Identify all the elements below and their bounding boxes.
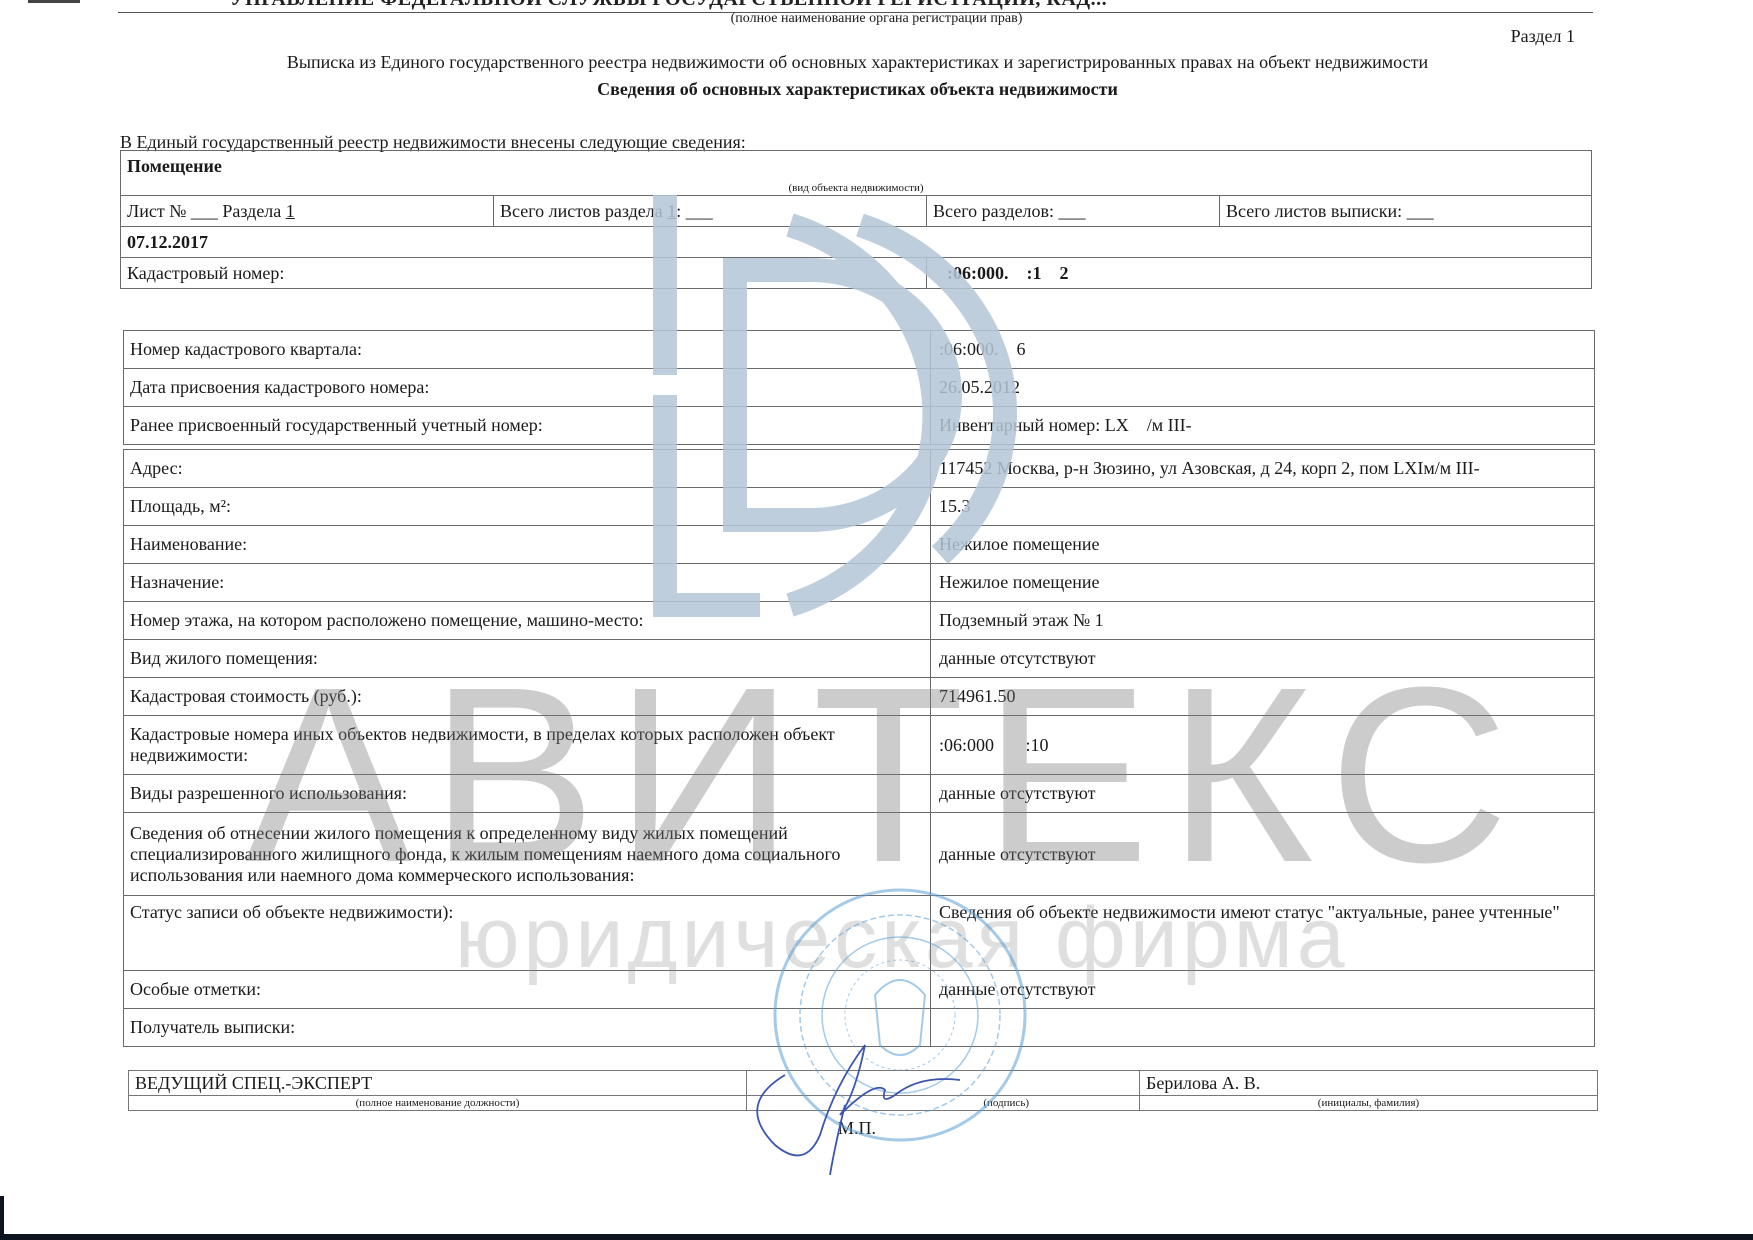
row-label: Виды разрешенного использования: — [124, 775, 931, 813]
table-row: Вид жилого помещения:данные отсутствуют — [124, 640, 1595, 678]
total-sections: Всего разделов: ___ — [927, 196, 1220, 227]
row-label: Площадь, м²: — [124, 488, 931, 526]
table-row: Ранее присвоенный государственный учетны… — [124, 407, 1595, 445]
total-sheets-section-suffix: : ___ — [676, 201, 713, 221]
row-label: Наименование: — [124, 526, 931, 564]
row-label: Вид жилого помещения: — [124, 640, 931, 678]
sheet-label: Лист № ___ Раздела — [127, 201, 281, 221]
table-row: Виды разрешенного использования:данные о… — [124, 775, 1595, 813]
total-extract-sheets: Всего листов выписки: ___ — [1220, 196, 1592, 227]
row-value: Сведения об объекте недвижимости имеют с… — [931, 896, 1595, 971]
table-row: Особые отметки:данные отсутствуют — [124, 971, 1595, 1009]
row-value: :06:000. 6 — [931, 331, 1595, 369]
table-row: Получатель выписки: — [124, 1009, 1595, 1047]
table-row: Номер кадастрового квартала::06:000. 6 — [124, 331, 1595, 369]
row-label: Адрес: — [124, 450, 931, 488]
row-value: 15.3 — [931, 488, 1595, 526]
agency-name: УПРАВЛЕНИЕ ФЕДЕРАЛЬНОЙ СЛУЖБЫ ГОСУДАРСТВ… — [230, 0, 1130, 11]
signature-cell — [747, 1071, 1140, 1096]
signer-name: Берилова А. В. — [1140, 1071, 1598, 1096]
signature-table: ВЕДУЩИЙ СПЕЦ.-ЭКСПЕРТ Берилова А. В. (по… — [128, 1070, 1598, 1111]
table-row: Кадастровая стоимость (руб.):714961.50 — [124, 678, 1595, 716]
row-value: данные отсутствуют — [931, 775, 1595, 813]
scan-edge-bottom — [0, 1234, 1753, 1240]
extract-date: 07.12.2017 — [121, 227, 1592, 258]
total-sheets-section-label: Всего листов раздела — [500, 201, 663, 221]
agency-caption: (полное наименование органа регистрации … — [0, 11, 1753, 27]
row-value: Инвентарный номер: LX /м III- — [931, 407, 1595, 445]
object-info-table: Помещение (вид объекта недвижимости) Лис… — [120, 150, 1592, 289]
table-row: Номер этажа, на котором расположено поме… — [124, 602, 1595, 640]
row-value: :06:000 :10 — [931, 716, 1595, 775]
table-row: Статус записи об объекте недвижимости):С… — [124, 896, 1595, 971]
sheet-section-value: 1 — [286, 201, 295, 221]
object-type: Помещение — [121, 151, 1592, 182]
object-type-caption: (вид объекта недвижимости) — [121, 181, 1592, 196]
row-label: Номер этажа, на котором расположено поме… — [124, 602, 931, 640]
total-sheets-section-value: 1 — [667, 201, 676, 221]
document-subtitle: Сведения об основных характеристиках объ… — [0, 79, 1715, 100]
row-value: данные отсутствуют — [931, 971, 1595, 1009]
table-row: Назначение:Нежилое помещение — [124, 564, 1595, 602]
cadastral-number-value: :06:000. :1 2 — [927, 258, 1592, 289]
row-label: Получатель выписки: — [124, 1009, 931, 1047]
details-table: Номер кадастрового квартала::06:000. 6Да… — [123, 330, 1595, 1047]
row-label: Кадастровая стоимость (руб.): — [124, 678, 931, 716]
row-value: 117452 Москва, р-н Зюзино, ул Азовская, … — [931, 450, 1595, 488]
row-value: 714961.50 — [931, 678, 1595, 716]
position-caption: (полное наименование должности) — [129, 1096, 747, 1111]
row-label: Особые отметки: — [124, 971, 931, 1009]
row-label: Ранее присвоенный государственный учетны… — [124, 407, 931, 445]
row-value: Нежилое помещение — [931, 564, 1595, 602]
name-caption: (инициалы, фамилия) — [1140, 1096, 1598, 1111]
row-value: 26.05.2012 — [931, 369, 1595, 407]
table-row: Кадастровые номера иных объектов недвижи… — [124, 716, 1595, 775]
section-label: Раздел 1 — [1511, 26, 1575, 47]
document-title: Выписка из Единого государственного реес… — [0, 52, 1715, 73]
row-value: данные отсутствуют — [931, 640, 1595, 678]
row-label: Назначение: — [124, 564, 931, 602]
row-value: Подземный этаж № 1 — [931, 602, 1595, 640]
sheet-number: Лист № ___ Раздела 1 — [121, 196, 494, 227]
total-sheets-section: Всего листов раздела 1: ___ — [494, 196, 927, 227]
row-value: данные отсутствуют — [931, 813, 1595, 896]
signature-caption: (подпись) — [747, 1096, 1140, 1111]
cadastral-number-label: Кадастровый номер: — [121, 258, 927, 289]
table-row: Адрес:117452 Москва, р-н Зюзино, ул Азов… — [124, 450, 1595, 488]
table-row: Дата присвоения кадастрового номера:26.0… — [124, 369, 1595, 407]
row-label: Сведения об отнесении жилого помещения к… — [124, 813, 931, 896]
table-row: Наименование:Нежилое помещение — [124, 526, 1595, 564]
signer-position: ВЕДУЩИЙ СПЕЦ.-ЭКСПЕРТ — [129, 1071, 747, 1096]
row-value — [931, 1009, 1595, 1047]
seal-label: М.П. — [838, 1118, 876, 1139]
row-label: Номер кадастрового квартала: — [124, 331, 931, 369]
row-label: Кадастровые номера иных объектов недвижи… — [124, 716, 931, 775]
row-value: Нежилое помещение — [931, 526, 1595, 564]
row-label: Статус записи об объекте недвижимости): — [124, 896, 931, 971]
row-label: Дата присвоения кадастрового номера: — [124, 369, 931, 407]
scan-mark — [28, 0, 80, 3]
table-row: Сведения об отнесении жилого помещения к… — [124, 813, 1595, 896]
table-row: Площадь, м²:15.3 — [124, 488, 1595, 526]
